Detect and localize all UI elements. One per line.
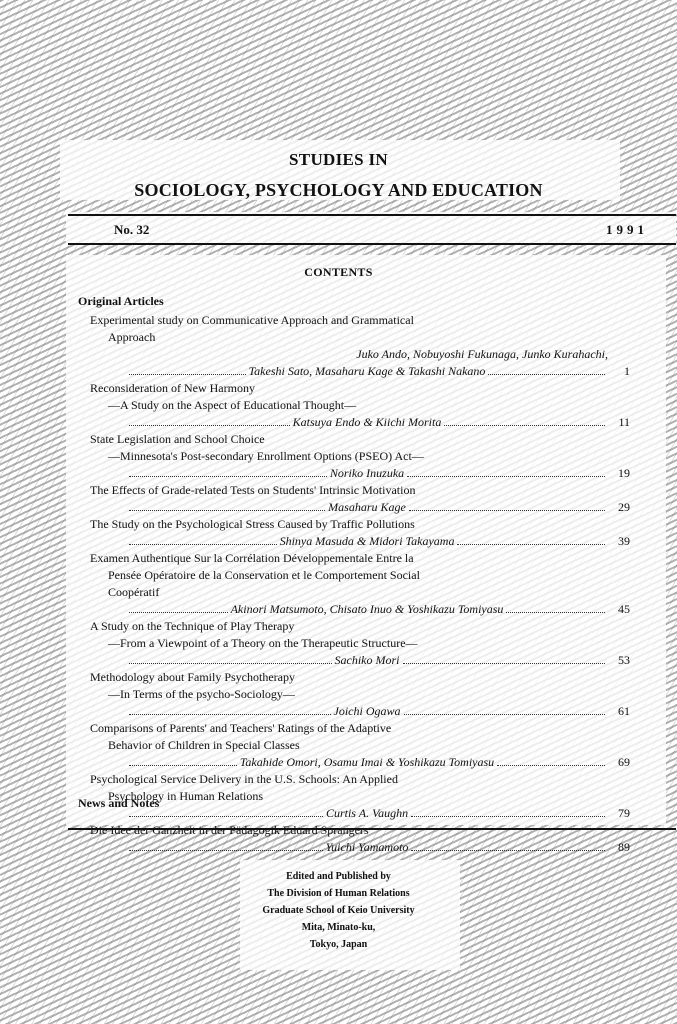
bottom-rule <box>68 243 676 245</box>
entry-title-line: Die Idee der Ganzheit in der Pädagogik E… <box>80 822 630 839</box>
publisher-line: Tokyo, Japan <box>0 936 677 953</box>
toc-entry: State Legislation and School Choice—Minn… <box>80 431 630 482</box>
toc-entry: The Effects of Grade-related Tests on St… <box>80 482 630 516</box>
entry-title-line: Reconsideration of New Harmony <box>80 380 630 397</box>
contents-heading: CONTENTS <box>0 265 677 280</box>
dot-leader <box>129 850 323 851</box>
entry-title-line: Approach <box>80 329 630 346</box>
entry-title-line: The Study on the Psychological Stress Ca… <box>80 516 630 533</box>
entry-author-line: Curtis A. Vaughn79 <box>80 805 630 822</box>
dot-leader <box>129 612 228 613</box>
journal-title-line1: STUDIES IN <box>0 150 677 170</box>
entry-title-line: State Legislation and School Choice <box>80 431 630 448</box>
dot-leader <box>403 663 606 664</box>
entry-author-line: Takahide Omori, Osamu Imai & Yoshikazu T… <box>80 754 630 771</box>
contents-end-rule <box>68 828 676 830</box>
entry-title-line: —From a Viewpoint of a Theory on the The… <box>80 635 630 652</box>
dot-leader <box>506 612 605 613</box>
entry-title-line: —A Study on the Aspect of Educational Th… <box>80 397 630 414</box>
entry-authors: Katsuya Endo & Kiichi Morita <box>293 414 442 431</box>
publisher-line: Graduate School of Keio University <box>0 902 677 919</box>
dot-leader <box>129 765 237 766</box>
entry-authors: Curtis A. Vaughn <box>326 805 408 822</box>
entry-page-number: 79 <box>608 805 630 822</box>
toc-entry: Methodology about Family Psychotherapy—I… <box>80 669 630 720</box>
entry-title-line: Comparisons of Parents' and Teachers' Ra… <box>80 720 630 737</box>
dot-leader <box>129 425 290 426</box>
entry-page-number: 11 <box>608 414 630 431</box>
dot-leader <box>444 425 605 426</box>
entry-authors: Takahide Omori, Osamu Imai & Yoshikazu T… <box>240 754 494 771</box>
entry-title-line: Experimental study on Communicative Appr… <box>80 312 630 329</box>
entry-page-number: 89 <box>608 839 630 856</box>
top-rule <box>68 214 676 216</box>
entry-authors: Sachiko Mori <box>335 652 400 669</box>
entry-author-line: Takeshi Sato, Masaharu Kage & Takashi Na… <box>80 363 630 380</box>
toc-entry: Reconsideration of New Harmony—A Study o… <box>80 380 630 431</box>
entry-title-line: Methodology about Family Psychotherapy <box>80 669 630 686</box>
entry-title-line: Psychological Service Delivery in the U.… <box>80 771 630 788</box>
entry-page-number: 39 <box>608 533 630 550</box>
entry-page-number: 19 <box>608 465 630 482</box>
entry-title-line: —In Terms of the psycho-Sociology— <box>80 686 630 703</box>
dot-leader <box>488 374 605 375</box>
entry-authors: Yuichi Yamamoto <box>326 839 409 856</box>
entry-title-line: —Minnesota's Post-secondary Enrollment O… <box>80 448 630 465</box>
dot-leader <box>497 765 605 766</box>
entry-title-line: Pensée Opératoire de la Conservation et … <box>80 567 630 584</box>
toc-entry: Comparisons of Parents' and Teachers' Ra… <box>80 720 630 771</box>
dot-leader <box>411 850 605 851</box>
dot-leader <box>129 714 331 715</box>
dot-leader <box>129 816 323 817</box>
toc-entry: The Study on the Psychological Stress Ca… <box>80 516 630 550</box>
entry-title-line: The Effects of Grade-related Tests on St… <box>80 482 630 499</box>
entry-authors: Joichi Ogawa <box>334 703 401 720</box>
entry-title-line: Coopératif <box>80 584 630 601</box>
entry-authors: Noriko Inuzuka <box>330 465 404 482</box>
entry-authors: Takeshi Sato, Masaharu Kage & Takashi Na… <box>249 363 486 380</box>
entry-author-line: Noriko Inuzuka19 <box>80 465 630 482</box>
dot-leader <box>457 544 605 545</box>
volume-line: No. 32 1991 <box>68 222 648 240</box>
section-original-articles: Original Articles <box>78 294 164 309</box>
entry-page-number: 69 <box>608 754 630 771</box>
entry-author-line: Sachiko Mori53 <box>80 652 630 669</box>
entry-author-line: Juko Ando, Nobuyoshi Fukunaga, Junko Kur… <box>80 346 630 363</box>
toc-entry: Examen Authentique Sur la Corrélation Dé… <box>80 550 630 618</box>
table-of-contents: Experimental study on Communicative Appr… <box>80 312 630 856</box>
entry-title-line: Psychology in Human Relations <box>80 788 630 805</box>
entry-author-line: Masaharu Kage29 <box>80 499 630 516</box>
publisher-line: The Division of Human Relations <box>0 885 677 902</box>
entry-authors: Akinori Matsumoto, Chisato Inuo & Yoshik… <box>231 601 504 618</box>
dot-leader <box>129 510 325 511</box>
entry-author-line: Shinya Masuda & Midori Takayama39 <box>80 533 630 550</box>
entry-page-number: 29 <box>608 499 630 516</box>
publisher-block: Edited and Published by The Division of … <box>0 868 677 953</box>
entry-author-line: Yuichi Yamamoto89 <box>80 839 630 856</box>
dot-leader <box>129 544 277 545</box>
toc-entry: Psychological Service Delivery in the U.… <box>80 771 630 822</box>
entry-page-number: 53 <box>608 652 630 669</box>
entry-title-line: Behavior of Children in Special Classes <box>80 737 630 754</box>
entry-title-line: Examen Authentique Sur la Corrélation Dé… <box>80 550 630 567</box>
entry-author-line: Akinori Matsumoto, Chisato Inuo & Yoshik… <box>80 601 630 618</box>
entry-page-number: 1 <box>608 363 630 380</box>
publisher-line: Mita, Minato-ku, <box>0 919 677 936</box>
entry-author-line: Katsuya Endo & Kiichi Morita11 <box>80 414 630 431</box>
dot-leader <box>129 476 327 477</box>
dot-leader <box>129 374 246 375</box>
entry-author-line: Joichi Ogawa61 <box>80 703 630 720</box>
issue-number: No. 32 <box>114 222 149 238</box>
dot-leader <box>407 476 605 477</box>
entry-title-line: A Study on the Technique of Play Therapy <box>80 618 630 635</box>
entry-authors: Juko Ando, Nobuyoshi Fukunaga, Junko Kur… <box>356 346 608 363</box>
dot-leader <box>129 663 332 664</box>
dot-leader <box>404 714 606 715</box>
toc-entry: A Study on the Technique of Play Therapy… <box>80 618 630 669</box>
issue-year: 1991 <box>606 222 648 238</box>
journal-title-line2: SOCIOLOGY, PSYCHOLOGY AND EDUCATION <box>0 180 677 201</box>
journal-cover-page: STUDIES IN SOCIOLOGY, PSYCHOLOGY AND EDU… <box>0 0 677 1024</box>
dot-leader <box>409 510 605 511</box>
entry-page-number: 45 <box>608 601 630 618</box>
entry-authors: Masaharu Kage <box>328 499 406 516</box>
section-news-and-notes: News and Notes <box>78 796 159 811</box>
dot-leader <box>411 816 605 817</box>
entry-authors: Shinya Masuda & Midori Takayama <box>280 533 455 550</box>
publisher-line: Edited and Published by <box>0 868 677 885</box>
toc-entry: Experimental study on Communicative Appr… <box>80 312 630 380</box>
entry-page-number: 61 <box>608 703 630 720</box>
